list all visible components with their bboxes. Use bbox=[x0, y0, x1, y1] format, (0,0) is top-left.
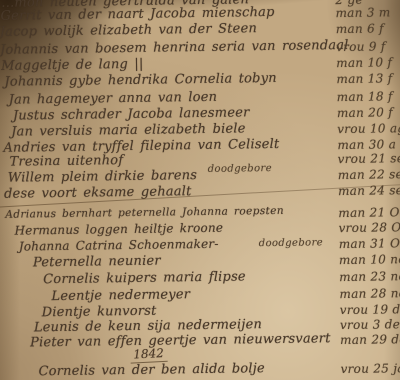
entry-status: man 10 no bbox=[339, 252, 400, 267]
entry-status: man 29 de bbox=[340, 332, 400, 347]
entry-status: man 23 no bbox=[339, 269, 400, 284]
entry-name: Tresina uitenhof bbox=[9, 153, 123, 170]
manuscript-page: ...mon neuten geertruida van galen 2 ge … bbox=[0, 0, 400, 380]
entry-status: man 6 f bbox=[336, 21, 384, 36]
entry-status: vrou 9 f bbox=[336, 39, 386, 54]
entry-name: Leentje nedermeyer bbox=[51, 287, 190, 304]
entry-status: vrou 28 Oc bbox=[338, 220, 400, 235]
entry-name: Willem pleim dirkie barens bbox=[8, 168, 198, 186]
entry-status: vrou 10 ag bbox=[337, 121, 400, 136]
register-row: Cornelis van der ben alida bolje vrou 25… bbox=[2, 359, 400, 380]
entry-status: vrou 25 ja bbox=[340, 361, 400, 376]
entry-name: Cornelis kuipers maria flipse bbox=[43, 269, 246, 287]
entry-name: Maggeltje de lang || bbox=[1, 57, 143, 74]
stillborn-note: doodgebore bbox=[208, 163, 272, 175]
entry-name: Pieter van effen geertje van nieuwersvae… bbox=[30, 331, 331, 350]
entry-status: man 22 se bbox=[338, 167, 400, 182]
entry-name: Adrianus bernhart peternella Johanna roe… bbox=[5, 205, 284, 221]
entry-name: Hermanus loggen heiltje kroone bbox=[14, 221, 223, 238]
entry-name: Jan hagemeyer anna van loen bbox=[9, 90, 218, 108]
entry-name: Jacop wolijk elizabeth van der Steen bbox=[0, 21, 257, 40]
entry-status: man 10 f bbox=[336, 55, 392, 70]
entry-status: man 20 f bbox=[337, 105, 393, 120]
entry-name: Johanna Catrina Schoenmaker- bbox=[19, 237, 219, 254]
entry-status: man 31 Oc bbox=[339, 236, 400, 251]
entry-status: man 3 m bbox=[335, 5, 390, 20]
entry-status: man 13 f bbox=[336, 71, 392, 86]
entry-name: dese voort eksame gehaalt bbox=[4, 184, 192, 202]
entry-name: Peternella neunier bbox=[33, 254, 161, 271]
entry-status: man 18 f bbox=[337, 89, 393, 104]
entry-name: Cornelis van der ben alida bolje bbox=[38, 361, 265, 379]
entry-status: man 28 no bbox=[339, 286, 400, 301]
entry-status: vrou 21 se bbox=[337, 151, 400, 166]
entry-name: Dientje kunvorst bbox=[42, 304, 157, 321]
entry-name: Johannis gybe hendrika Cornelia tobyn bbox=[4, 71, 277, 90]
stillborn-note: doodgebore bbox=[259, 237, 323, 249]
year-heading: 1842 bbox=[130, 346, 167, 364]
